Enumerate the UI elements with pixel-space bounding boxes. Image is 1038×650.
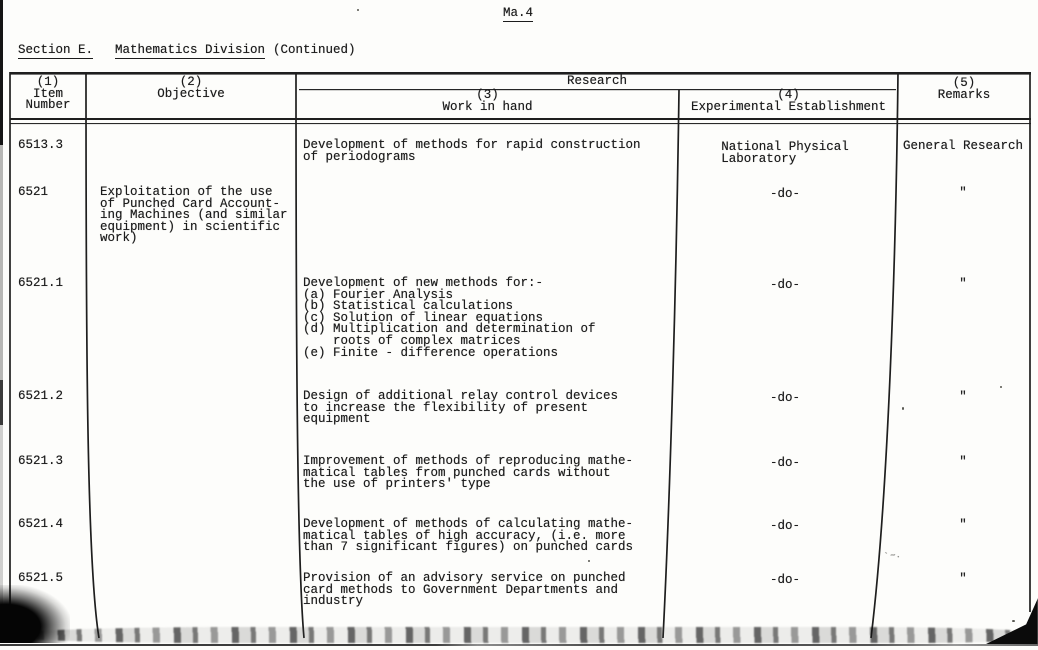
header-remarks: (5)Remarks: [898, 78, 1030, 101]
document-page: Ma.4 Section E.Mathematics Division(Cont…: [0, 0, 1038, 650]
scan-speck: [1012, 620, 1015, 622]
page-edge-shadow: [0, 0, 3, 632]
experimental-establishment: National Physical Laboratory: [682, 142, 888, 165]
page-bottom-edge: [0, 644, 1038, 646]
scan-smudge-band: [0, 627, 1038, 643]
remarks: ": [899, 520, 1027, 532]
scan-speck: [588, 560, 590, 562]
remarks: ": [899, 457, 1027, 469]
header-objective: (2)Objective: [87, 77, 295, 100]
remarks: General Research: [899, 141, 1027, 153]
item-number: 6521.1: [18, 278, 63, 290]
header-experimental-establishment: (4)Experimental Establishment: [679, 90, 898, 113]
work-in-hand: Development of new methods for:- (a) Fou…: [303, 278, 596, 359]
experimental-establishment: -do-: [682, 393, 888, 405]
item-number: 6521.4: [18, 519, 63, 531]
item-number: 6521.2: [18, 391, 63, 403]
experimental-establishment: -do-: [682, 575, 888, 587]
scan-speck: [902, 407, 904, 410]
experimental-establishment: -do-: [682, 189, 888, 201]
experimental-establishment: -do-: [682, 458, 888, 470]
objective: Exploitation of the use of Punched Card …: [100, 187, 288, 245]
scan-speck: [357, 9, 359, 11]
header-item-number: (1)ItemNumber: [10, 77, 86, 112]
work-in-hand: Development of methods of calculating ma…: [303, 519, 633, 554]
remarks: ": [899, 574, 1027, 586]
experimental-establishment: -do-: [682, 280, 888, 292]
header-work-in-hand: (3)Work in hand: [296, 90, 679, 113]
corner-blob-left: [0, 585, 70, 643]
item-number: 6513.3: [18, 140, 63, 152]
item-number: 6521.3: [18, 456, 63, 468]
work-in-hand: Development of methods for rapid constru…: [303, 140, 641, 163]
work-in-hand: Improvement of methods of reproducing ma…: [303, 456, 633, 491]
header-research: Research: [296, 76, 898, 88]
work-in-hand: Design of additional relay control devic…: [303, 391, 618, 426]
work-in-hand: Provision of an advisory service on punc…: [303, 573, 626, 608]
remarks: ": [899, 279, 1027, 291]
remarks: ": [899, 392, 1027, 404]
experimental-establishment: -do-: [682, 521, 888, 533]
item-number: 6521.5: [18, 573, 63, 585]
pencil-smudge: `~․: [883, 550, 901, 564]
item-number: 6521: [18, 187, 48, 199]
scan-speck: [1000, 386, 1002, 388]
remarks: ": [899, 188, 1027, 200]
